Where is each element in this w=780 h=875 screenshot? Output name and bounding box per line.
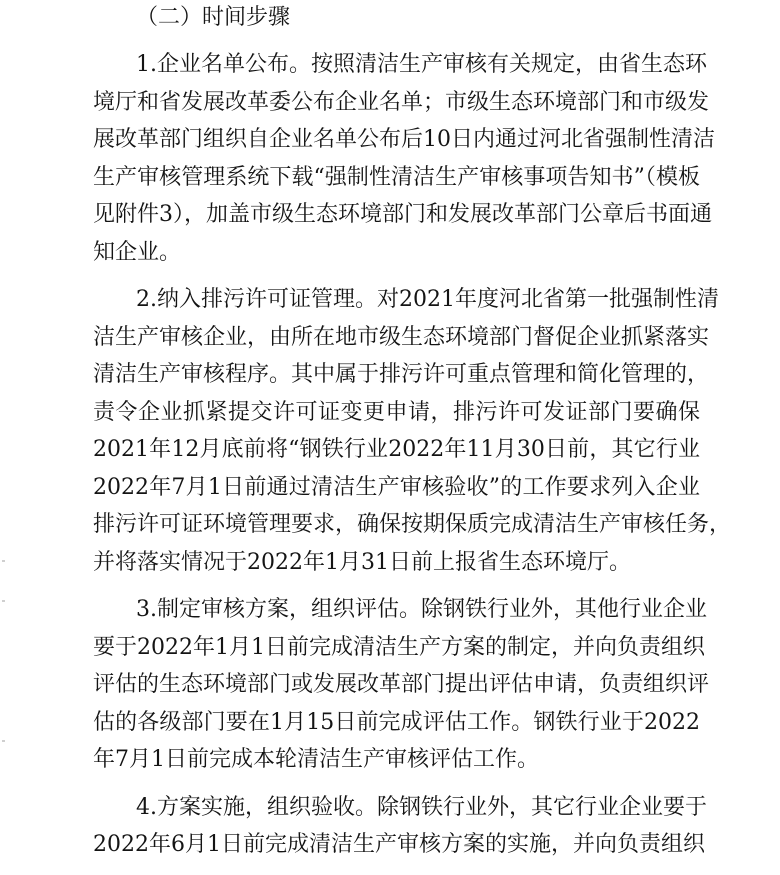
paragraph-1-line-2: 境厅和省发展改革委公布企业名单；市级生态环境部门和市级发 — [93, 88, 700, 118]
paragraph-3-line-5: 年7月1日前完成本轮清洁生产审核评估工作。 — [93, 745, 700, 775]
paragraph-1-line-5: 见附件3），加盖市级生态环境部门和发展改革部门公章后书面通 — [93, 200, 700, 230]
paragraph-1-line-3: 展改革部门组织自企业名单公布后10日内通过河北省强制性清洁 — [93, 125, 700, 155]
paragraph-2-line-2: 洁生产审核企业，由所在地市级生态环境部门督促企业抓紧落实 — [93, 323, 700, 353]
paragraph-2-line-5: 2021年12月底前将“钢铁行业2022年11月30日前，其它行业 — [93, 435, 700, 465]
paragraph-2-line-1: 2.纳入排污许可证管理。对2021年度河北省第一批强制性清 — [136, 285, 700, 315]
paragraph-4-line-1: 4.方案实施，组织验收。除钢铁行业外，其它行业企业要于 — [136, 793, 700, 823]
paragraph-3-line-1: 3.制定审核方案，组织评估。除钢铁行业外，其他行业企业 — [136, 595, 700, 625]
paragraph-1-line-6: 知企业。 — [93, 238, 700, 268]
paragraph-2-line-8: 并将落实情况于2022年1月31日前上报省生态环境厅。 — [93, 548, 700, 578]
paragraph-1-line-1: 1.企业名单公布。按照清洁生产审核有关规定，由省生态环 — [136, 50, 700, 80]
paragraph-2-line-7: 排污许可证环境管理要求，确保按期保质完成清洁生产审核任务， — [93, 510, 700, 540]
paragraph-3-line-2: 要于2022年1月1日前完成清洁生产方案的制定，并向负责组织 — [93, 633, 700, 663]
scan-mark — [2, 560, 5, 562]
paragraph-1-line-4: 生产审核管理系统下载“强制性清洁生产审核事项告知书”（模板 — [93, 163, 700, 193]
paragraph-3-line-4: 估的各级部门要在1月15日前完成评估工作。钢铁行业于2022 — [93, 708, 700, 738]
section-heading: （二）时间步骤 — [136, 3, 290, 33]
paragraph-4-line-2: 2022年6月1日前完成清洁生产审核方案的实施，并向负责组织 — [93, 830, 700, 860]
document-page: （二）时间步骤 1.企业名单公布。按照清洁生产审核有关规定，由省生态环 境厅和省… — [0, 0, 780, 875]
paragraph-2-line-6: 2022年7月1日前通过清洁生产审核验收”的工作要求列入企业 — [93, 473, 700, 503]
scan-mark — [2, 600, 5, 602]
paragraph-3-line-3: 评估的生态环境部门或发展改革部门提出评估申请，负责组织评 — [93, 670, 700, 700]
paragraph-2-line-3: 清洁生产审核程序。其中属于排污许可重点管理和简化管理的， — [93, 360, 700, 390]
scan-mark — [2, 740, 5, 742]
paragraph-2-line-4: 责令企业抓紧提交许可证变更申请，排污许可发证部门要确保 — [93, 398, 700, 428]
